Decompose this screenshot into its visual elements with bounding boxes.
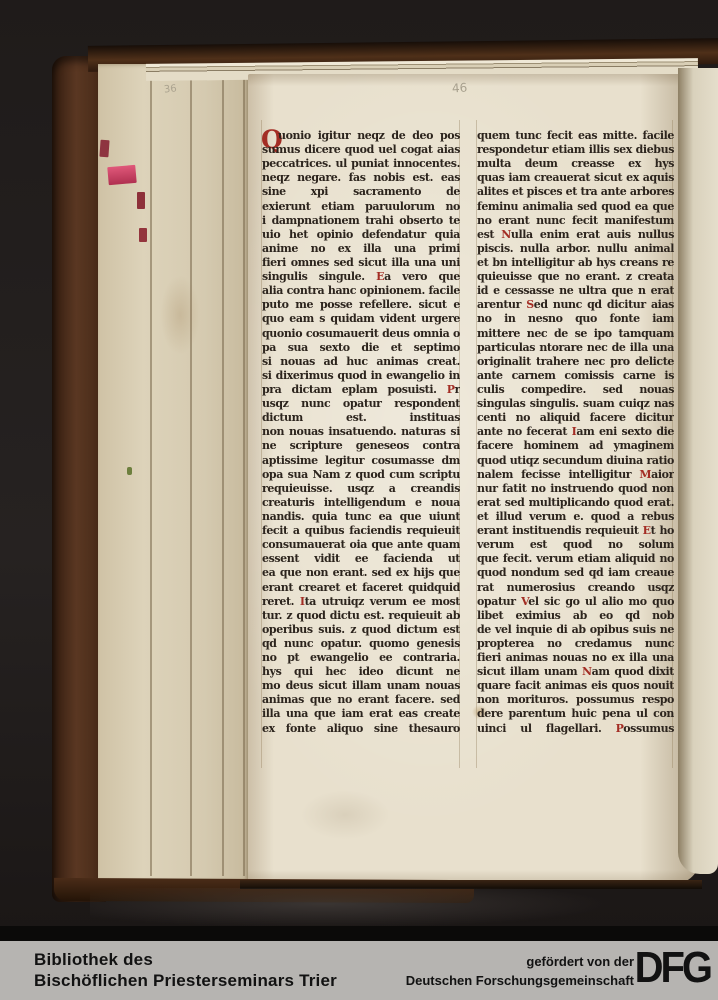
backdrop-glow xyxy=(90,888,610,928)
manuscript-text-line: quod nondum sed qd iam creaue xyxy=(477,566,674,580)
manuscript-text-line: no erant nunc fecit manifestum xyxy=(477,214,674,228)
manuscript-text-line: quod utiqz secundum diuina ratio xyxy=(477,454,674,468)
green-fragment xyxy=(127,467,132,475)
manuscript-text-line: consumauerat oia que ante quam xyxy=(262,538,460,552)
manuscript-text-line: uinci ul flagellari. Possumus xyxy=(477,722,674,736)
bookmark-tab xyxy=(99,140,109,158)
pencil-folio-number: 46 xyxy=(452,80,468,95)
manuscript-text-line: dictum est. instituas administrando xyxy=(262,411,460,425)
manuscript-text-line: centi no aliquid facere dicitur quod xyxy=(477,411,674,425)
manuscript-text-line: id e cessasse ne ultra que n erat cre xyxy=(477,284,674,298)
manuscript-text-line: nandis. quia tunc ea que uiunt erat xyxy=(262,510,460,524)
manuscript-text-line: pra dictam eplam posuisti. Pr meus xyxy=(262,383,460,397)
manuscript-text-line: sine xpi sacramento de corporibus xyxy=(262,185,460,199)
manuscript-text-line: quare facit animas eis quos nouit xyxy=(477,679,674,693)
manuscript-text-line: nur fatit no instruendo quod non xyxy=(477,482,674,496)
manuscript-text-line: et illud verum e. quod a rebus que no xyxy=(477,510,674,524)
manuscript-text-line: ante carnem comissis carne is uin xyxy=(477,369,674,383)
pencil-mark-underpage: 36 xyxy=(163,83,177,95)
manuscript-text-line: multa deum creasse ex hys naturis xyxy=(477,157,674,171)
manuscript-text-line: de vel inquie di ab opibus suis ne xyxy=(477,623,674,637)
library-name-line2: Bischöflichen Priesterseminars Trier xyxy=(34,970,337,991)
manuscript-text-line: libet eximius ab eo qd nob obicitur xyxy=(477,609,674,623)
manuscript-text-line: quem tunc fecit eas mitte. facile xyxy=(477,129,674,143)
manuscript-text-line: erant instituendis requieuit Et ho xyxy=(477,524,674,538)
manuscript-text-line: fieri animas nouas no ex illa una xyxy=(477,651,674,665)
manuscript-text-line: essent vidit ee facienda ut deinceps xyxy=(262,552,460,566)
manuscript-text-line: ne scripture geneseos contra dicatur u xyxy=(262,439,460,453)
manuscript-text-line: sicut illam unam Nam quod dixit xyxy=(477,665,674,679)
photo-backdrop: 36 46 Q uonio igitur neqz de deo possumu… xyxy=(0,0,718,926)
manuscript-text-line: non nouas insatuendo. naturas si xyxy=(262,425,460,439)
manuscript-text-line: qd nunc opatur. quomo genesis xyxy=(262,637,460,651)
manuscript-text-line: est Nulla enim erat auis nullus xyxy=(477,228,674,242)
manuscript-text-line: opa sua Nam z quod cum scriptu est xyxy=(262,468,460,482)
manuscript-text-line: animas que no erant facere. sed ex xyxy=(262,693,460,707)
bookmark-tab xyxy=(137,192,145,209)
manuscript-text-line: uonio igitur neqz de deo pos xyxy=(262,129,460,143)
manuscript-text-line: feminu animalia sed quod ea que xyxy=(477,200,674,214)
manuscript-text-line: tur. z quod dictu est. requieuit ab xyxy=(262,609,460,623)
manuscript-text-line: uio het opinio defendatur quia tredit xyxy=(262,228,460,242)
facing-page-sliver xyxy=(678,68,718,874)
manuscript-text-line: non morituros. possumus respo xyxy=(477,693,674,707)
manuscript-text-line: no in nesno quo fonte iam existetes xyxy=(477,312,674,326)
leaf-edge-line xyxy=(190,70,192,876)
manuscript-text-line: alia contra hanc opinionem. facile xyxy=(262,284,460,298)
manuscript-text-line: verum est quod no solum gubnado xyxy=(477,538,674,552)
manuscript-text-line: facere hominem ad ymaginem suam xyxy=(477,439,674,453)
leaf-edge-line xyxy=(243,70,245,876)
manuscript-text-line: neqz negare. fas nobis est. eas que xyxy=(262,171,460,185)
manuscript-text-line: erat sed multiplicando quod erat. un xyxy=(477,496,674,510)
footer-separator-bar xyxy=(0,926,718,941)
bookmark-ribbon xyxy=(107,165,136,185)
bookmark-tab xyxy=(139,228,147,242)
leaf-edge-line xyxy=(150,70,152,876)
manuscript-text-line: fecit a quibus faciendis requieuit qz xyxy=(262,524,460,538)
manuscript-text-line: respondetur etiam illis sex diebus xyxy=(477,143,674,157)
manuscript-text-line: singulas singulis. suam cuiqz nas xyxy=(477,397,674,411)
manuscript-text-line: reret. Ita utruiqz verum ee most xyxy=(262,595,460,609)
manuscript-text-line: ea que non erant. sed ex hijs que iam xyxy=(262,566,460,580)
parchment-stain xyxy=(300,790,390,840)
manuscript-text-line: peccatrices. ul puniat innocentes. xyxy=(262,157,460,171)
text-column-left: uonio igitur neqz de deo possumus dicere… xyxy=(262,129,460,736)
manuscript-text-line: singulis singule. Ea vero que diant xyxy=(262,270,460,284)
manuscript-text-line: ex fonte aliquo sine thesauro qriodu xyxy=(262,722,460,736)
manuscript-text-line: si nouas ad huc animas creat. Quibs xyxy=(262,355,460,369)
manuscript-text-line: creaturis intelligendum e noua gub xyxy=(262,496,460,510)
manuscript-text-line: sumus dicere quod uel cogat aias xyxy=(262,143,460,157)
manuscript-text-line: nalem fecisse intelligitur Maior et xyxy=(477,468,674,482)
manuscript-text-line: rat numerosius creando usqz nunc xyxy=(477,581,674,595)
manuscript-text-line: et bn intelligitur ab hys creans re xyxy=(477,256,674,270)
library-name-line1: Bibliothek des xyxy=(34,949,337,970)
manuscript-text-line: piscis. nulla arbor. nullu animal xyxy=(477,242,674,256)
manuscript-text-line: quonio cosumauerit deus omnia o xyxy=(262,327,460,341)
manuscript-text-line: anime no ex illa una primi hominis xyxy=(262,242,460,256)
page-stack-fore-edge xyxy=(98,64,250,882)
manuscript-text-line: particulas ntorare nec de illa una xyxy=(477,341,674,355)
text-column-right: quem tunc fecit eas mitte. facilerespond… xyxy=(477,129,674,736)
funding-credit: gefördert von der Deutschen Forschungsge… xyxy=(406,952,634,990)
manuscript-text-line: originalit trahere nec pro delicte xyxy=(477,355,674,369)
parchment-stain xyxy=(160,275,200,355)
manuscript-text-line: arentur Sed nunc qd dicitur aias xyxy=(477,298,674,312)
manuscript-text-line: usqz nunc opatur respondent opatur xyxy=(262,397,460,411)
manuscript-text-line: alites et pisces et tra ante arbores xyxy=(477,185,674,199)
manuscript-text-line: culis compedire. sed nouas creare xyxy=(477,383,674,397)
manuscript-text-line: quas iam creauerat sicut ex aquis xyxy=(477,171,674,185)
manuscript-text-line: operibus suis. z quod dictum est ul xyxy=(262,623,460,637)
manuscript-text-line: hys qui hec ideo dicunt ne credatur xyxy=(262,665,460,679)
manuscript-text-line: quieuisse que no erant. z creata st xyxy=(477,270,674,284)
manuscript-text-line: ante no fecerat Iam eni sexto die xyxy=(477,425,674,439)
manuscript-text-line: pa sua sexto die et septimo requieuit xyxy=(262,341,460,355)
manuscript-text-line: erant crearet et faceret quidquid fa xyxy=(262,581,460,595)
manuscript-text-line: requieuisse. usqz a creandis nouis xyxy=(262,482,460,496)
manuscript-text-line: propterea no credamus nunc usqz xyxy=(477,637,674,651)
footer-bar: Bibliothek des Bischöflichen Priestersem… xyxy=(0,941,718,1000)
manuscript-text-line: que fecit. verum etiam aliquid no xyxy=(477,552,674,566)
funding-credit-line1: gefördert von der xyxy=(406,952,634,971)
manuscript-text-line: i dampnationem trahi obserto te qo xyxy=(262,214,460,228)
manuscript-text-line: dere parentum huic pena ul con xyxy=(477,707,674,721)
leaf-edge-line xyxy=(222,70,224,876)
manuscript-text-line: no pt ewangelio ee contraria. Veru xyxy=(262,651,460,665)
manuscript-text-line: mo deus sicut illam unam nouas xyxy=(262,679,460,693)
dfg-logo: DFG xyxy=(635,944,710,993)
library-name: Bibliothek des Bischöflichen Priestersem… xyxy=(34,949,337,991)
manuscript-text-line: mittere nec de se ipo tamquam suas xyxy=(477,327,674,341)
manuscript-text-line: illa una que iam erat eas create ub xyxy=(262,707,460,721)
digitized-manuscript-view: 36 46 Q uonio igitur neqz de deo possumu… xyxy=(0,0,718,1000)
manuscript-text-line: aptissime legitur cosumasse dm oia xyxy=(262,454,460,468)
manuscript-text-line: si dixerimus quod in ewangelio in su xyxy=(262,369,460,383)
manuscript-text-line: exierunt etiam paruulorum no nisi xyxy=(262,200,460,214)
manuscript-text-line: opatur Vel sic go ul alio mo quo xyxy=(477,595,674,609)
manuscript-text-line: quo eam s quidam vident urgere xyxy=(262,312,460,326)
funding-credit-line2: Deutschen Forschungsgemeinschaft xyxy=(406,971,634,990)
manuscript-text-line: puto me posse refellere. sicut e illud xyxy=(262,298,460,312)
manuscript-text-line: fieri omnes sed sicut illa una uni ita xyxy=(262,256,460,270)
